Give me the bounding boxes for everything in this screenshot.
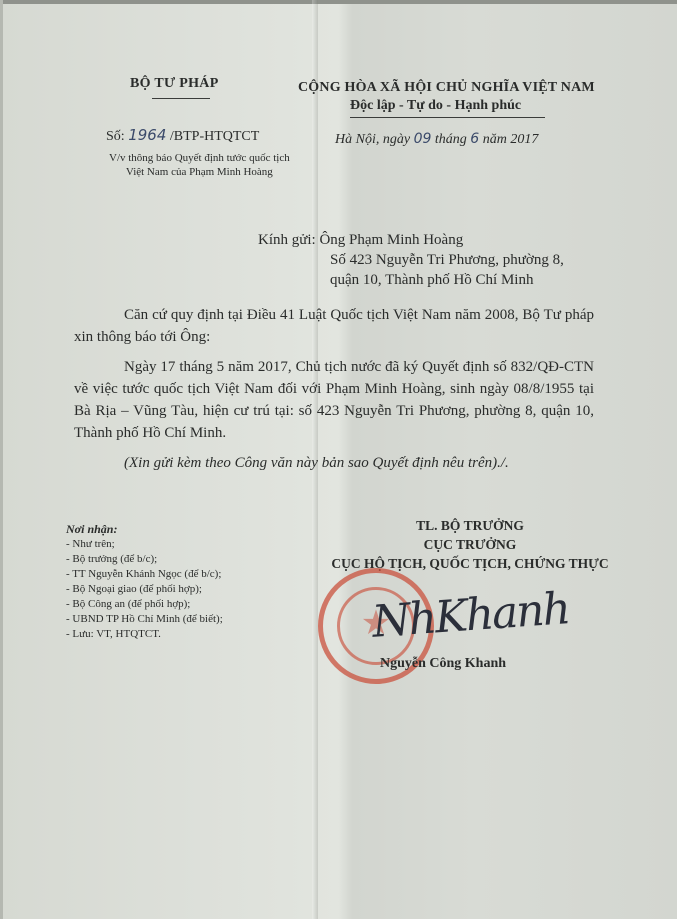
date-month-label: tháng	[431, 132, 470, 147]
date-day: 09	[414, 131, 432, 147]
recipients-list-item: - Như trên;	[66, 537, 223, 552]
enclosure-note: (Xin gửi kèm theo Công văn này bản sao Q…	[74, 452, 594, 474]
motto-underline	[350, 117, 545, 118]
signer-name: Nguyễn Công Khanh	[380, 656, 506, 672]
recipients-list-item: - UBND TP Hồ Chí Minh (để biết);	[66, 612, 223, 627]
sign-title-3: CỤC HỘ TỊCH, QUỐC TỊCH, CHỨNG THỰC	[300, 554, 640, 573]
national-motto: Độc lập - Tự do - Hạnh phúc	[350, 98, 521, 114]
recipients-list-item: - Bộ Công an (để phối hợp);	[66, 597, 223, 612]
recipients-list: Nơi nhận: - Như trên; - Bộ trưởng (để b/…	[66, 522, 223, 642]
subject: V/v thông báo Quyết định tước quốc tịch …	[109, 151, 290, 179]
recipient-label: Kính gửi:	[258, 232, 319, 248]
paper-left-edge	[0, 0, 3, 919]
date-year: năm 2017	[479, 132, 538, 147]
recipient-address-2: quận 10, Thành phố Hồ Chí Minh	[258, 270, 564, 290]
date-place: Hà Nội, ngày	[335, 132, 414, 147]
republic-title: CỘNG HÒA XÃ HỘI CHỦ NGHĨA VIỆT NAM	[298, 80, 595, 96]
recipients-list-title: Nơi nhận:	[66, 522, 223, 537]
sign-title-1: TL. BỘ TRƯỞNG	[300, 516, 640, 535]
doc-number-handwritten: 1964	[128, 126, 166, 144]
subject-line-2: Việt Nam của Phạm Minh Hoàng	[109, 165, 290, 179]
doc-number-suffix: /BTP-HTQTCT	[166, 129, 259, 144]
subject-line-1: V/v thông báo Quyết định tước quốc tịch	[109, 151, 290, 165]
letter-body: Căn cứ quy định tại Điều 41 Luật Quốc tị…	[74, 304, 594, 482]
document-date: Hà Nội, ngày 09 tháng 6 năm 2017	[335, 131, 538, 148]
body-paragraph-1: Căn cứ quy định tại Điều 41 Luật Quốc tị…	[74, 304, 594, 348]
signature-titles: TL. BỘ TRƯỞNG CỤC TRƯỞNG CỤC HỘ TỊCH, QU…	[300, 516, 640, 573]
paper-top-edge	[0, 0, 677, 4]
recipients-list-item: - Lưu: VT, HTQTCT.	[66, 627, 223, 642]
sign-title-2: CỤC TRƯỞNG	[300, 535, 640, 554]
recipients-list-item: - Bộ trưởng (để b/c);	[66, 552, 223, 567]
recipient-address-1: Số 423 Nguyễn Tri Phương, phường 8,	[258, 250, 564, 270]
recipient-name: Ông Phạm Minh Hoàng	[319, 232, 463, 248]
doc-number-prefix: Số:	[106, 129, 128, 144]
recipients-list-item: - Bộ Ngoại giao (để phối hợp);	[66, 582, 223, 597]
ministry-underline	[152, 98, 210, 99]
date-month: 6	[470, 131, 479, 147]
ministry-name: BỘ TƯ PHÁP	[130, 76, 219, 92]
document-number: Số: 1964 /BTP-HTQTCT	[106, 126, 259, 145]
recipient-block: Kính gửi: Ông Phạm Minh Hoàng Số 423 Ngu…	[258, 230, 564, 290]
recipients-list-item: - TT Nguyễn Khánh Ngọc (để b/c);	[66, 567, 223, 582]
body-paragraph-2: Ngày 17 tháng 5 năm 2017, Chủ tịch nước …	[74, 356, 594, 444]
